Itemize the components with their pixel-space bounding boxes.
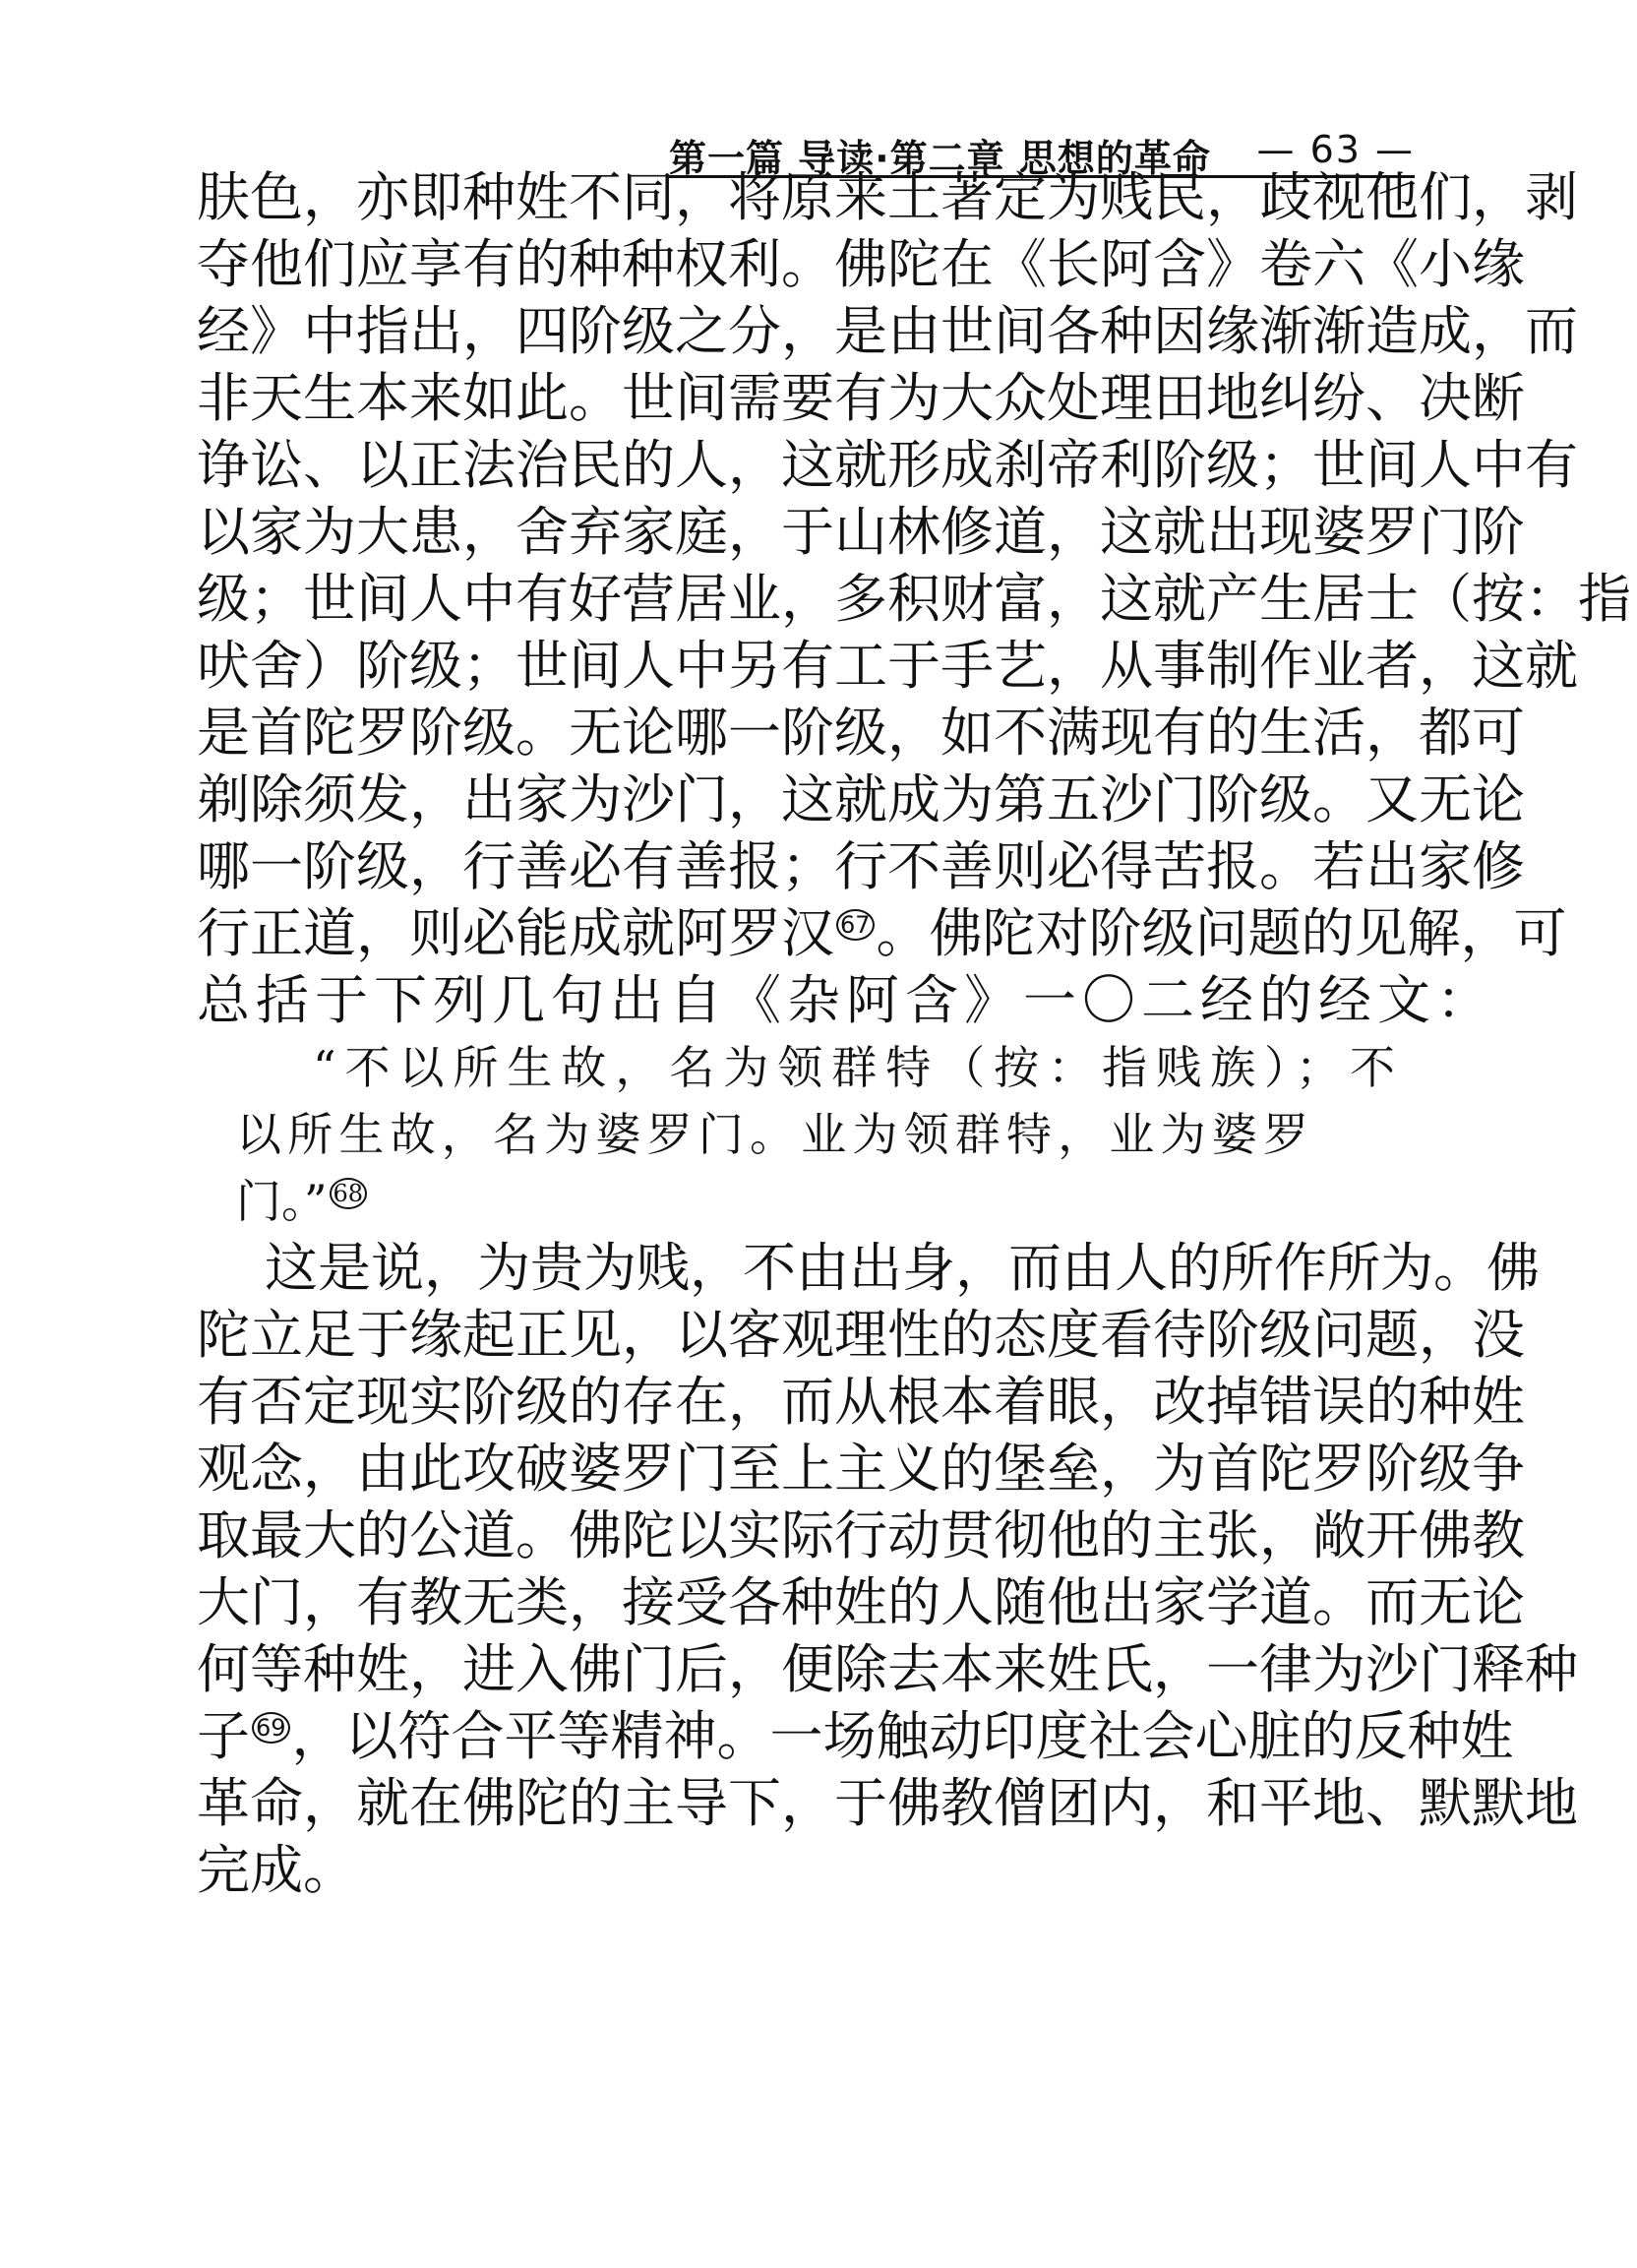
footnote-marker-67[interactable]: 67 (836, 909, 875, 941)
text-line: 级；世间人中有好营居业，多积财富，这就产生居士（按：指 (197, 567, 1422, 632)
text-line: 剃除须发，出家为沙门，这就成为第五沙门阶级。又无论 (197, 767, 1422, 832)
text-line-with-footnote: 子69，以符合平等精神。一场触动印度社会心脏的反种姓 (197, 1704, 1422, 1769)
footnote-marker-68[interactable]: 68 (330, 1178, 368, 1209)
text-line: 以家为大患，舍弃家庭，于山林修道，这就出现婆罗门阶 (197, 500, 1422, 565)
text-line: 陀立足于缘起正见，以客观理性的态度看待阶级问题，没 (197, 1303, 1422, 1368)
text-line: 何等种姓，进入佛门后，便除去本来姓氏，一律为沙门释种 (197, 1637, 1422, 1702)
quote-line: 以所生故，名为婆罗门。业为领群特，业为婆罗 (236, 1102, 1308, 1167)
text-line: 这是说，为贵为贱，不由出身，而由人的所作所为。佛 (265, 1236, 1422, 1301)
text-line: 哪一阶级，行善必有善报；行不善则必得苦报。若出家修 (197, 834, 1422, 899)
quote-line-with-footnote: 门。”68 (236, 1169, 369, 1234)
footnote-marker-69[interactable]: 69 (252, 1712, 290, 1744)
quote-line: “不以所生故，名为领群特（按：指贱族）；不 (313, 1035, 1395, 1100)
text-line: 有否定现实阶级的存在，而从根本着眼，改掉错误的种姓 (197, 1370, 1422, 1435)
text-line: 革命，就在佛陀的主导下，于佛教僧团内，和平地、默默地 (197, 1771, 1422, 1836)
text-line: 总括于下列几句出自《杂阿含》一〇二经的经文： (197, 968, 1422, 1033)
text-line: 取最大的公道。佛陀以实际行动贯彻他的主张，敞开佛教 (197, 1503, 1422, 1568)
text-line: 非天生本来如此。世间需要有为大众处理田地纠纷、决断 (197, 366, 1422, 431)
text-line: 吠舍）阶级；世间人中另有工于手艺，从事制作业者，这就 (197, 634, 1422, 699)
text-line: 完成。 (197, 1838, 356, 1903)
text-line-with-footnote: 行正道，则必能成就阿罗汉67。佛陀对阶级问题的见解，可 (197, 901, 1422, 966)
text-line: 夺他们应享有的种种权利。佛陀在《长阿含》卷六《小缘 (197, 232, 1422, 297)
text-line: 大门，有教无类，接受各种姓的人随他出家学道。而无论 (197, 1570, 1422, 1635)
text-line: 观念，由此攻破婆罗门至上主义的堡垒，为首陀罗阶级争 (197, 1437, 1422, 1502)
text-line: 肤色，亦即种姓不同，将原来土著定为贱民，歧视他们，剥 (197, 165, 1422, 230)
text-line: 是首陀罗阶级。无论哪一阶级，如不满现有的生活，都可 (197, 701, 1422, 766)
text-line: 诤讼、以正法治民的人，这就形成刹帝利阶级；世间人中有 (197, 433, 1422, 498)
text-line: 经》中指出，四阶级之分，是由世间各种因缘渐渐造成，而 (197, 299, 1422, 364)
